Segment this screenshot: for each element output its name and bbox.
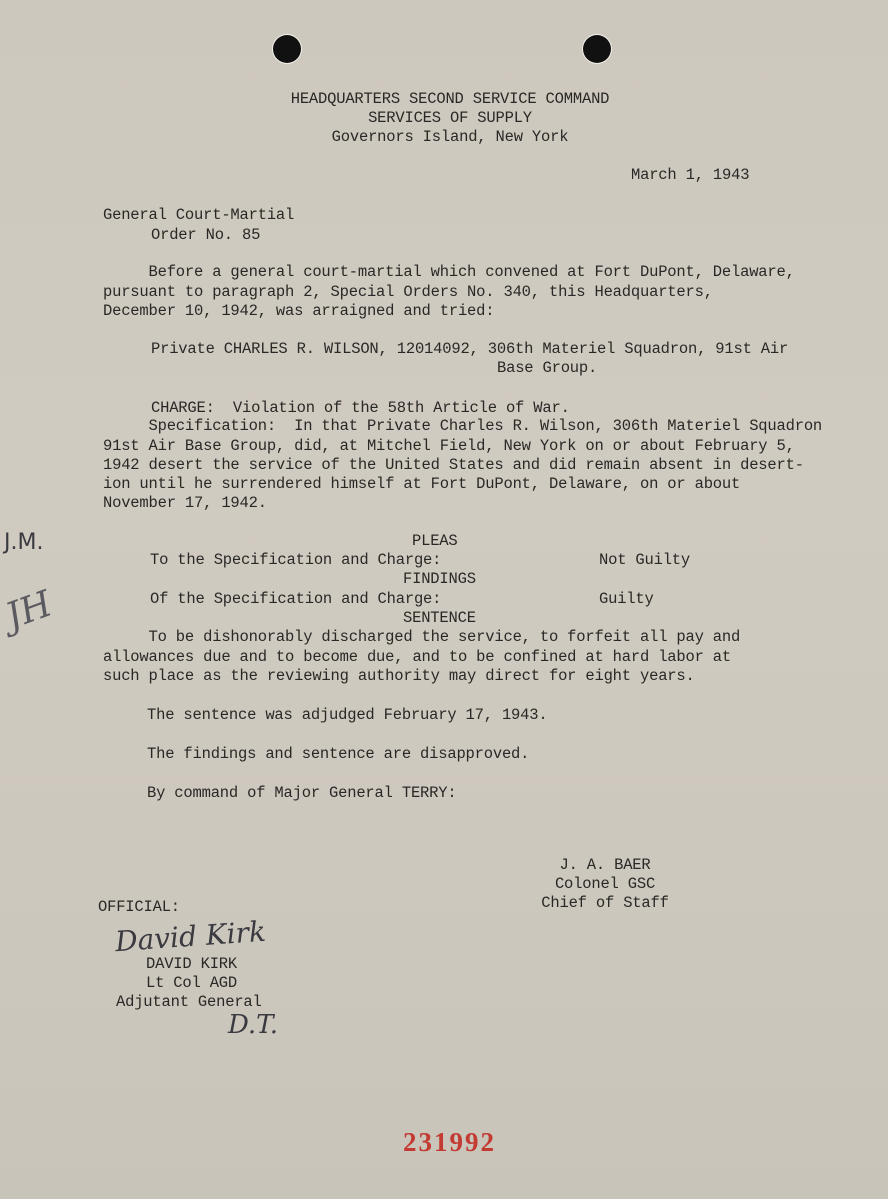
official-name: DAVID KIRK (146, 955, 237, 974)
specification-line: Specification: In that Private Charles R… (103, 417, 822, 436)
adjudged-statement: The sentence was adjudged February 17, 1… (147, 706, 547, 725)
order-number: Order No. 85 (151, 226, 260, 245)
signatory-title: Chief of Staff (520, 894, 690, 913)
signatory-rank: Colonel GSC (520, 875, 690, 894)
stamp-number: 231992 (403, 1127, 496, 1158)
margin-initials-scrawl: JH (0, 583, 57, 637)
header-line-3: Governors Island, New York (250, 128, 650, 147)
intro-line: pursuant to paragraph 2, Special Orders … (103, 283, 713, 302)
findings-heading: FINDINGS (403, 570, 476, 589)
official-rank: Lt Col AGD (146, 974, 237, 993)
header-line-2: SERVICES OF SUPPLY (250, 109, 650, 128)
specification-line: November 17, 1942. (103, 494, 267, 513)
document-date: March 1, 1943 (631, 166, 749, 185)
findings-value: Guilty (599, 590, 654, 609)
pleas-heading: PLEAS (412, 532, 458, 551)
pleas-value: Not Guilty (599, 551, 690, 570)
margin-initials-jm: J.M. (4, 530, 43, 555)
header-line-1: HEADQUARTERS SECOND SERVICE COMMAND (250, 90, 650, 109)
specification-line: ion until he surrendered himself at Fort… (103, 475, 740, 494)
official-label: OFFICIAL: (98, 898, 180, 917)
accused-line: Base Group. (497, 359, 597, 378)
official-signature: David Kirk (114, 915, 267, 958)
order-title: General Court-Martial (103, 206, 294, 225)
by-command: By command of Major General TERRY: (147, 784, 456, 803)
intro-line: December 10, 1942, was arraigned and tri… (103, 302, 494, 321)
charge: CHARGE: Violation of the 58th Article of… (151, 399, 570, 418)
pleas-label: To the Specification and Charge: (150, 551, 441, 570)
disapproved-statement: The findings and sentence are disapprove… (147, 745, 529, 764)
official-initials: D.T. (228, 1010, 278, 1040)
findings-label: Of the Specification and Charge: (150, 590, 441, 609)
punch-hole-left (273, 35, 301, 63)
sentence-heading: SENTENCE (403, 609, 476, 628)
intro-line: Before a general court-martial which con… (103, 263, 795, 282)
accused-line: Private CHARLES R. WILSON, 12014092, 306… (151, 340, 788, 359)
signatory-name: J. A. BAER (520, 856, 690, 875)
sentence-line: To be dishonorably discharged the servic… (103, 628, 740, 647)
punch-hole-right (583, 35, 611, 63)
sentence-line: such place as the reviewing authority ma… (103, 667, 695, 686)
sentence-line: allowances due and to become due, and to… (103, 648, 731, 667)
specification-line: 91st Air Base Group, did, at Mitchel Fie… (103, 437, 795, 456)
specification-line: 1942 desert the service of the United St… (103, 456, 804, 475)
